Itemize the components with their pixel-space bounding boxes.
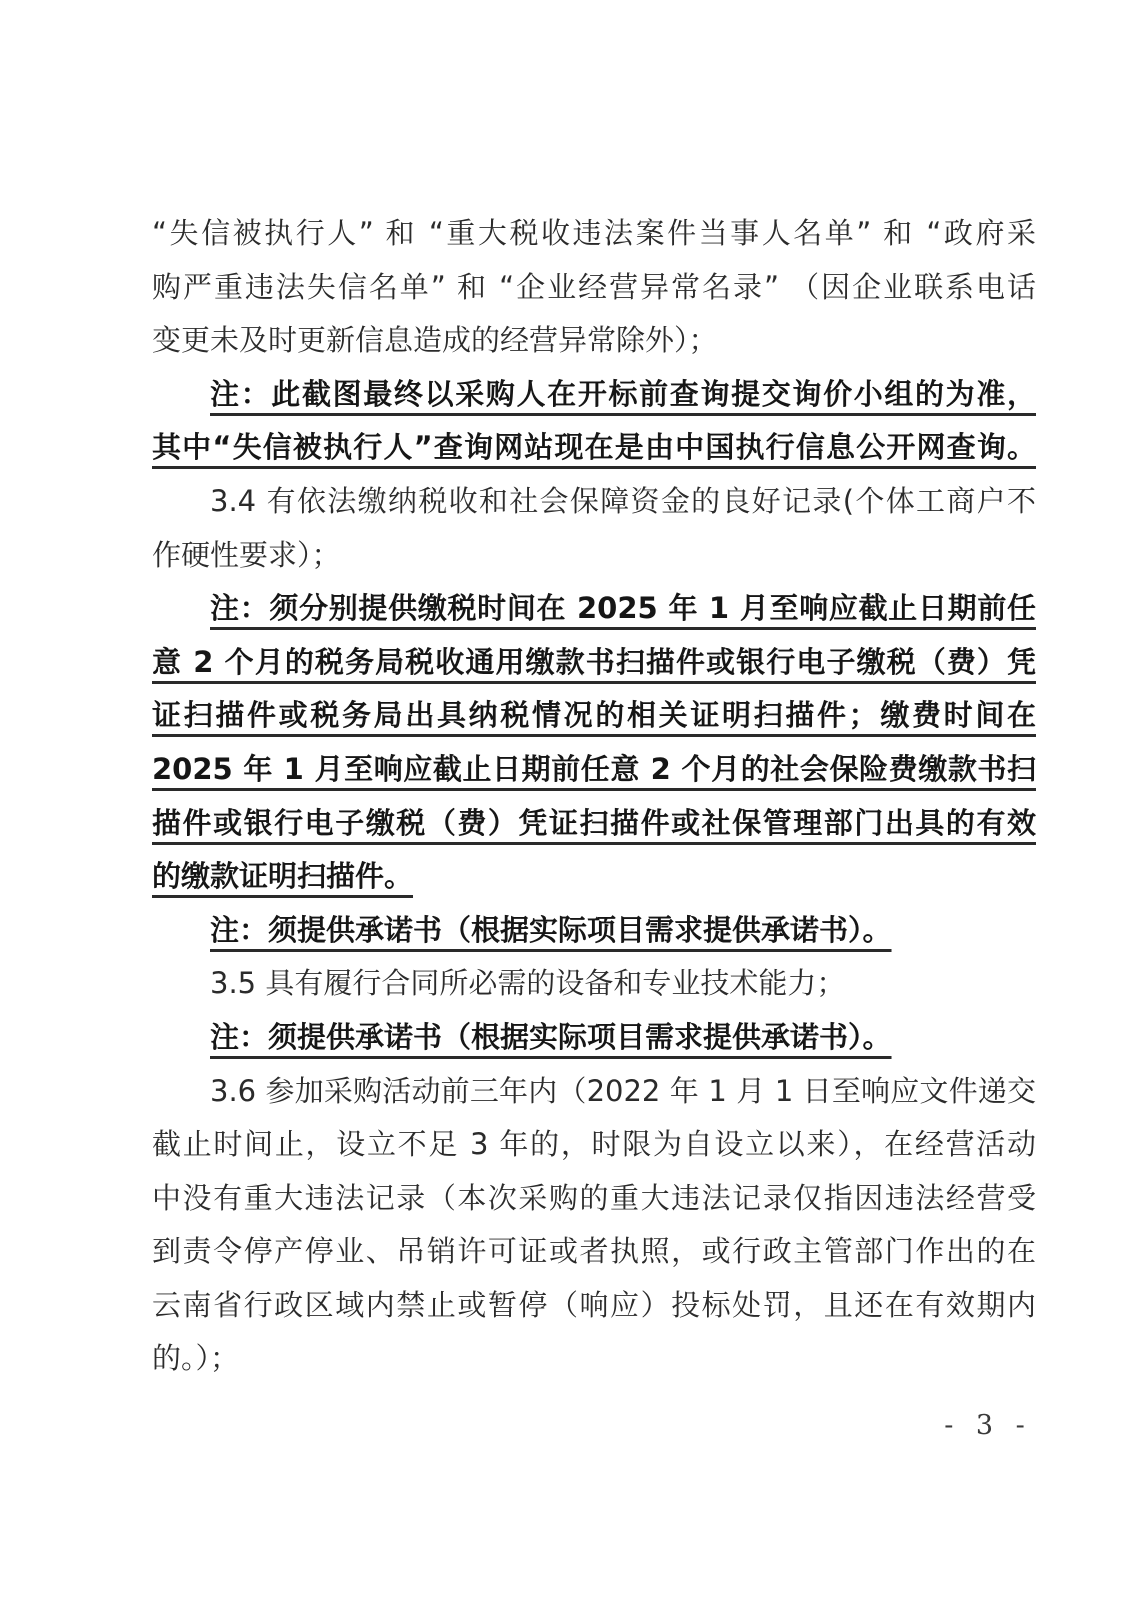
- document-body: “失信被执行人” 和 “重大税收违法案件当事人名单” 和 “政府采购严重违法失信…: [152, 207, 1036, 1386]
- text-line: 到责令停产停业、吊销许可证或者执照，或行政主管部门作出的在: [152, 1225, 1036, 1279]
- text-line: 其中“失信被执行人”查询网站现在是由中国执行信息公开网查询。: [152, 421, 1036, 475]
- text-line: 截止时间止，设立不足 3 年的，时限为自设立以来），在经营活动: [152, 1118, 1036, 1172]
- text-line: 意 2 个月的税务局税收通用缴款书扫描件或银行电子缴税（费）凭: [152, 636, 1036, 690]
- document-page: “失信被执行人” 和 “重大税收违法案件当事人名单” 和 “政府采购严重违法失信…: [0, 0, 1131, 1600]
- text-line: 注：须提供承诺书（根据实际项目需求提供承诺书）。: [152, 904, 1036, 958]
- text-line: 3.5 具有履行合同所必需的设备和专业技术能力；: [152, 957, 1036, 1011]
- text-line: 3.6 参加采购活动前三年内（2022 年 1 月 1 日至响应文件递交: [152, 1065, 1036, 1119]
- text-line: 的。）；: [152, 1332, 1036, 1386]
- text-line: 变更未及时更新信息造成的经营异常除外）；: [152, 314, 1036, 368]
- text-line: 证扫描件或税务局出具纳税情况的相关证明扫描件；缴费时间在: [152, 689, 1036, 743]
- page-number: - 3 -: [908, 1406, 1068, 1446]
- text-line: 注：须提供承诺书（根据实际项目需求提供承诺书）。: [152, 1011, 1036, 1065]
- text-line: 2025 年 1 月至响应截止日期前任意 2 个月的社会保险费缴款书扫: [152, 743, 1036, 797]
- text-line: 3.4 有依法缴纳税收和社会保障资金的良好记录(个体工商户不: [152, 475, 1036, 529]
- text-line: 描件或银行电子缴税（费）凭证扫描件或社保管理部门出具的有效: [152, 797, 1036, 851]
- text-line: 作硬性要求）；: [152, 529, 1036, 583]
- text-line: “失信被执行人” 和 “重大税收违法案件当事人名单” 和 “政府采: [152, 207, 1036, 261]
- text-line: 注：须分别提供缴税时间在 2025 年 1 月至响应截止日期前任: [152, 582, 1036, 636]
- text-line: 的缴款证明扫描件。: [152, 850, 1036, 904]
- text-line: 注：此截图最终以采购人在开标前查询提交询价小组的为准，: [152, 368, 1036, 422]
- text-line: 中没有重大违法记录（本次采购的重大违法记录仅指因违法经营受: [152, 1172, 1036, 1226]
- text-line: 购严重违法失信名单” 和 “企业经营异常名录” （因企业联系电话: [152, 261, 1036, 315]
- text-line: 云南省行政区域内禁止或暂停（响应）投标处罚，且还在有效期内: [152, 1279, 1036, 1333]
